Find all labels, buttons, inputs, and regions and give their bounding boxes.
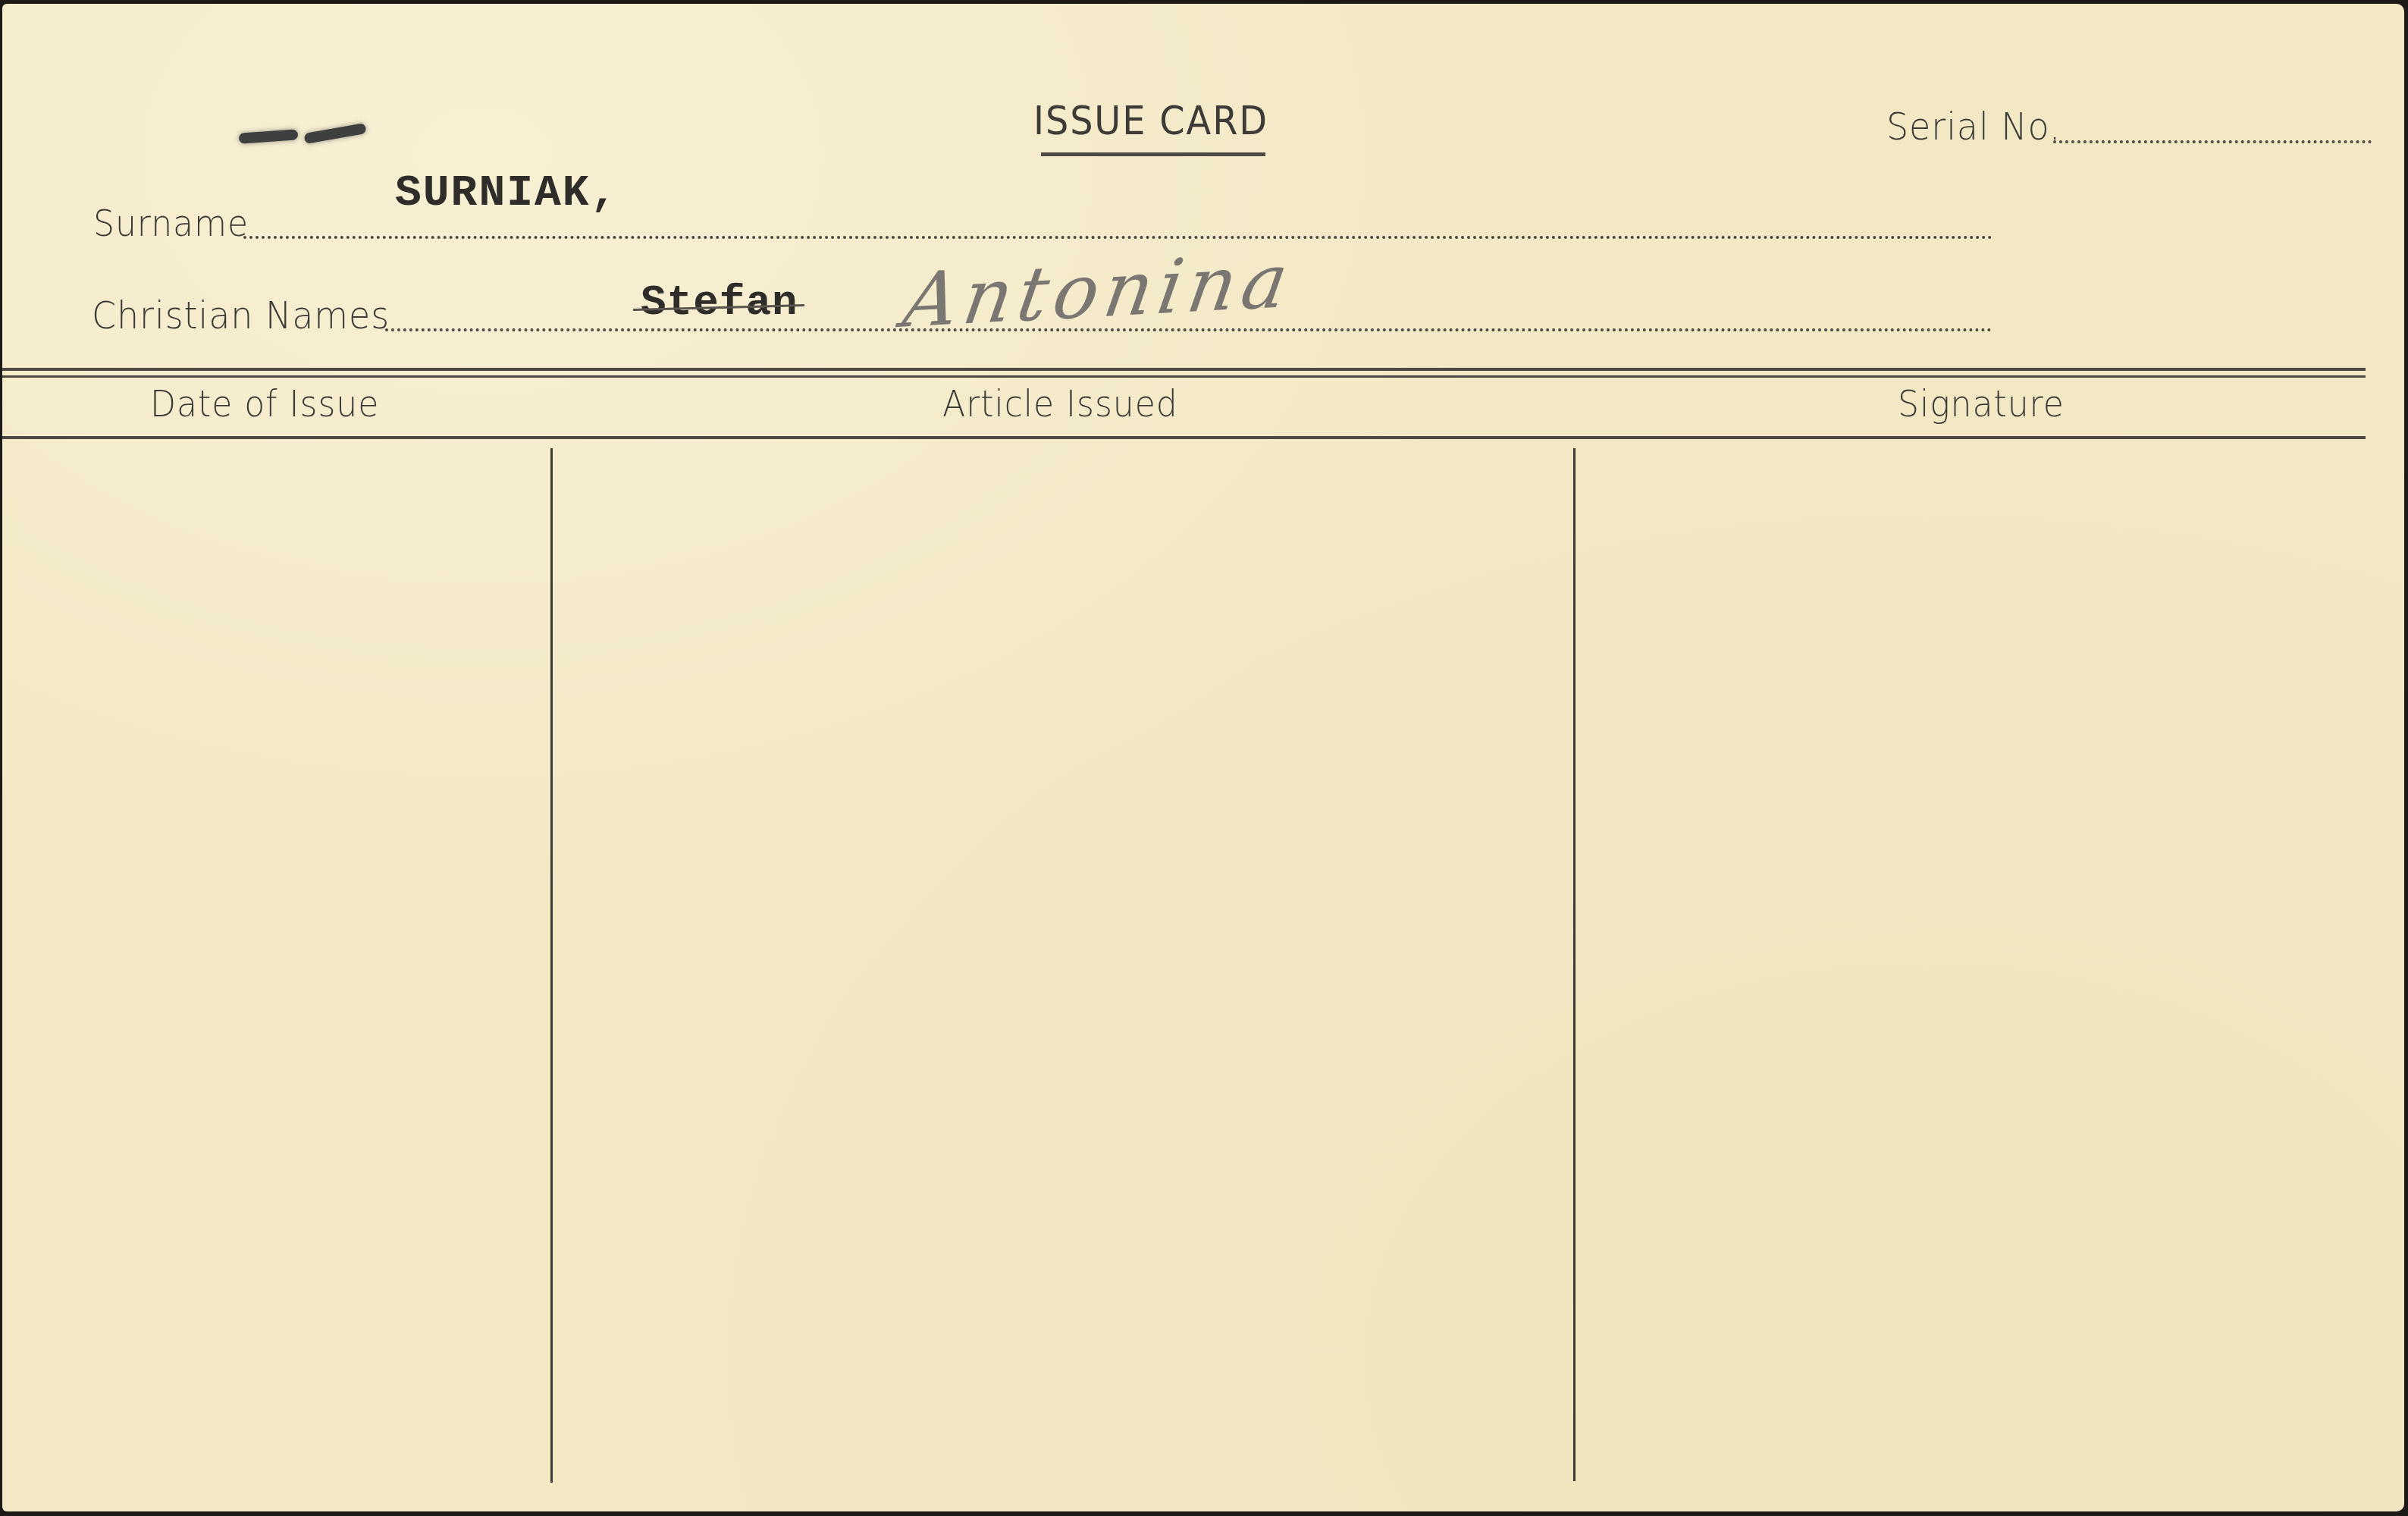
header-rule-bottom: [2, 375, 2366, 378]
issue-card: ISSUE CARD Serial No. Surname SURNIAK, C…: [2, 4, 2404, 1511]
serial-field[interactable]: [2053, 140, 2372, 143]
column-header-signature: Signature: [1898, 383, 2065, 425]
title-underline: [1041, 152, 1265, 156]
christian-names-typed-text: Stefan: [641, 278, 798, 327]
christian-names-field[interactable]: [385, 328, 1993, 331]
card-title: ISSUE CARD: [1033, 99, 1268, 144]
surname-label: Surname: [93, 202, 249, 245]
column-divider-2: [1573, 448, 1576, 1481]
column-header-article-issued: Article Issued: [942, 383, 1178, 425]
christian-names-label: Christian Names: [92, 293, 390, 337]
article-issued-column[interactable]: [553, 442, 1572, 1489]
surname-field[interactable]: [243, 236, 1993, 239]
serial-label: Serial No.: [1886, 105, 2061, 149]
column-header-date-of-issue: Date of Issue: [150, 383, 379, 425]
staple-right: [303, 123, 366, 144]
column-header-rule: [2, 436, 2366, 439]
signature-column[interactable]: [1576, 442, 2403, 1489]
christian-names-typed: Stefan: [641, 278, 798, 327]
header-rule-top: [2, 368, 2366, 371]
date-of-issue-column[interactable]: [2, 442, 550, 1489]
staple-left: [239, 129, 299, 143]
surname-value: SURNIAK,: [395, 169, 618, 218]
column-divider-1: [550, 448, 553, 1483]
